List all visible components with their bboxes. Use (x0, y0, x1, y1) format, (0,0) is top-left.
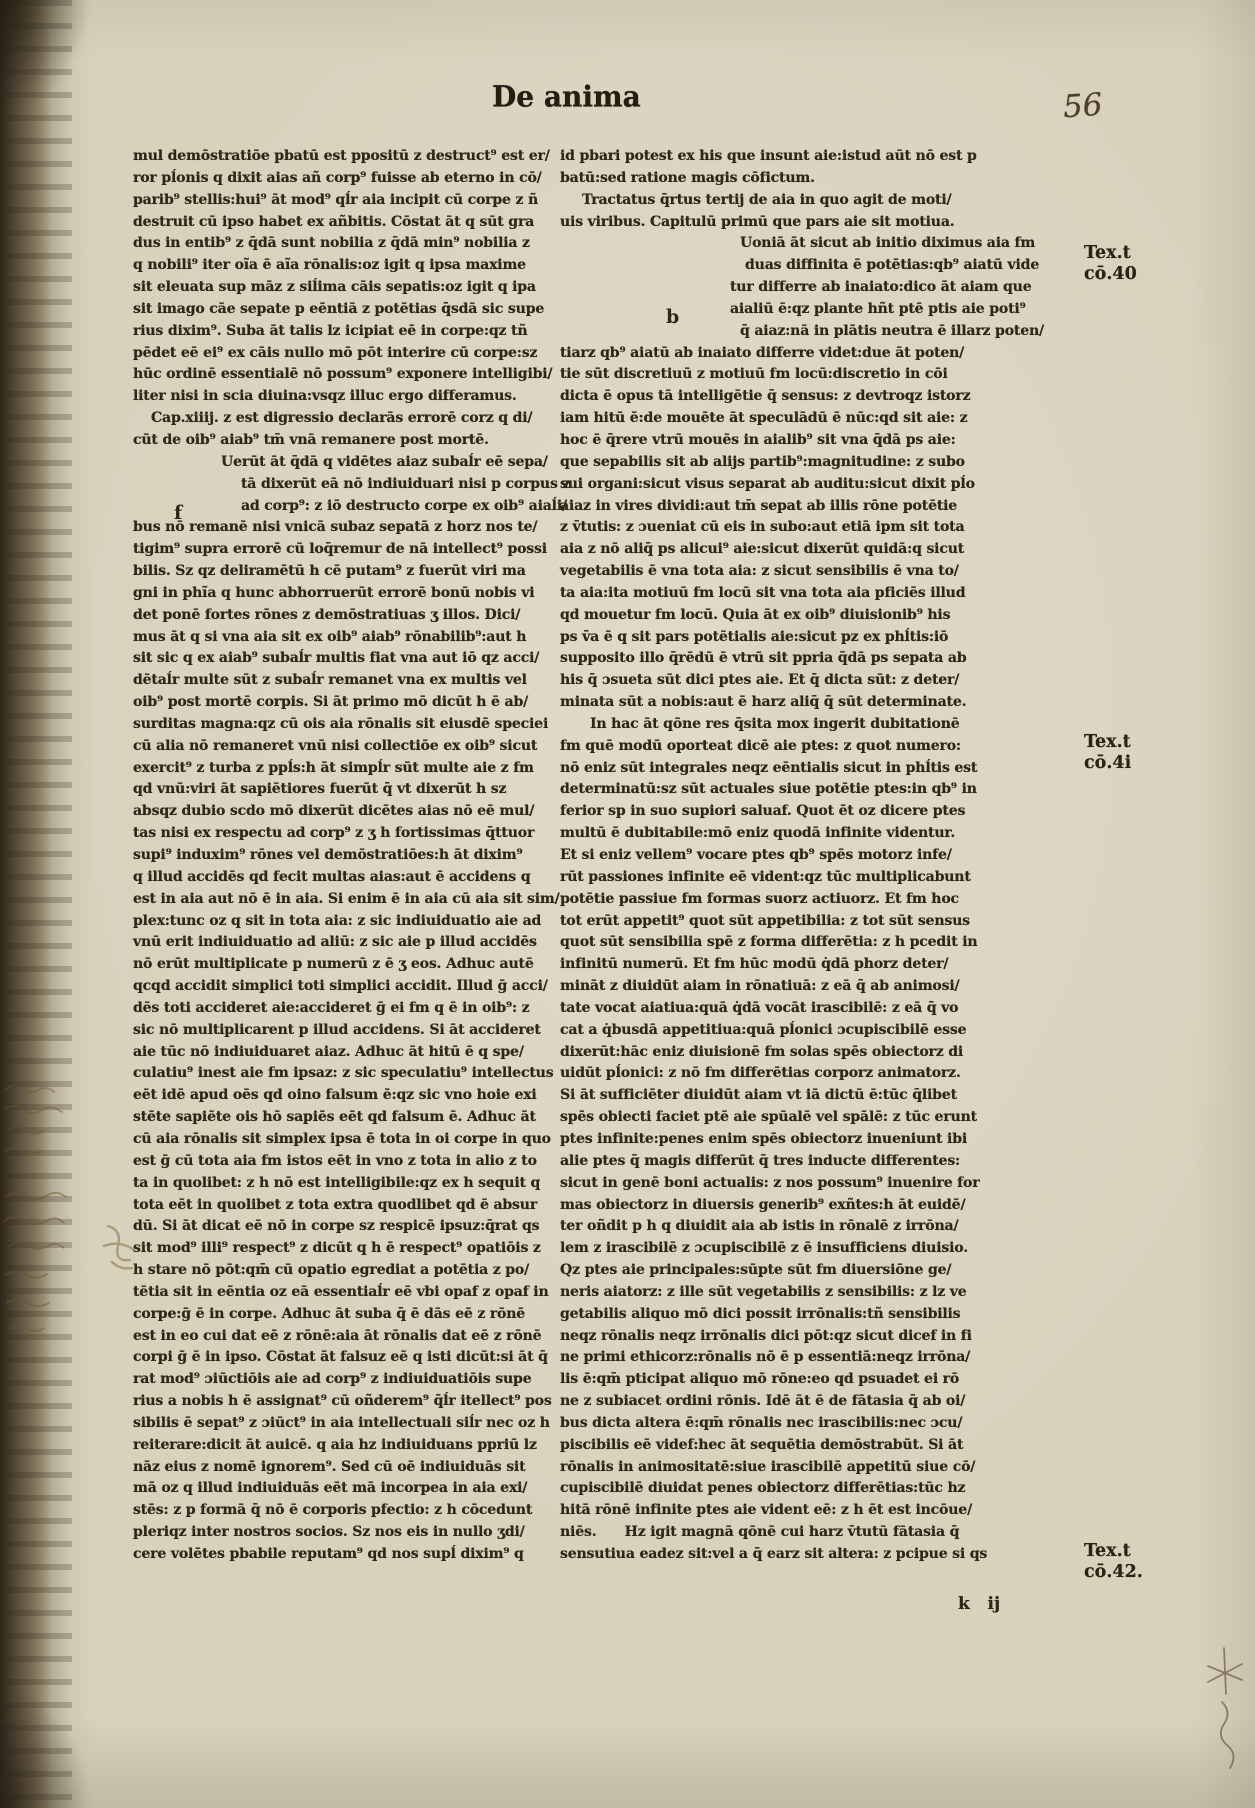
text-line: sit mod⁹ illi⁹ respect⁹ z dicūt q h ē re… (133, 1240, 561, 1262)
text-line: lis ē:qm̄ pticipat aliquo mō rōne:eo qd … (560, 1371, 998, 1393)
text-line: que sepabilis sit ab alijs partib⁹:magni… (560, 454, 998, 476)
text-line: rūt passiones infinite eē vident:qz tūc … (560, 869, 998, 891)
text-line: determinatū:sz sūt actuales siue potētie… (560, 781, 998, 803)
text-line: gni in phĩa q hunc abhorruerūt errorē bo… (133, 585, 561, 607)
text-line: ps v̄a ē q sit pars potētialis aie:sicut… (560, 629, 998, 651)
text-line: est in aia aut nō ē in aia. Si enim ē in… (133, 891, 561, 913)
text-line: dū. Si āt dicat eē nō in corpe sz respic… (133, 1218, 561, 1240)
text-line: culatiu⁹ inest aie fm ipsaz: z sic specu… (133, 1065, 561, 1087)
text-line: reiterare:dicit āt auicē. q aia hz indiu… (133, 1437, 561, 1459)
text-line: pleriqz inter nostros socios. Sz nos eis… (133, 1524, 561, 1546)
margin-note-line: cō.4i (1084, 753, 1204, 774)
text-line: plex:tunc oz q sit in tota aia: z sic in… (133, 913, 561, 935)
text-line: sit imago cāe sepate p eēntiā z potētias… (133, 301, 561, 323)
guide-letter-right: b (666, 306, 679, 328)
text-line: uidūt pĺonici: z nō fm differētias corpo… (560, 1065, 998, 1087)
text-line: tur differre ab inaiato:dico āt aiam que (560, 279, 998, 301)
text-line: Uoniā āt sicut ab initio diximus aia fm (560, 235, 998, 257)
text-line: Tractatus q̄rtus tertij de aia in quo ag… (560, 192, 998, 214)
text-line: supposito illo q̄rēdū ē vtrū sit ppria q… (560, 650, 998, 672)
text-line: ta aia:ita motiuū fm locū sit vna tota a… (560, 585, 998, 607)
text-line: sicut in genē boni actualis: z nos possu… (560, 1175, 998, 1197)
text-line: In hac āt qōne res q̄sita mox ingerit du… (560, 716, 998, 738)
text-line: ptes infinite:penes enim spēs obiectorz … (560, 1131, 998, 1153)
text-line: Uerūt āt q̄dā q vidētes aiaz subaĺr eē s… (133, 454, 561, 476)
text-line: hūc ordinē essentialē nō possum⁹ exponer… (133, 366, 561, 388)
text-line: ferior sp in suo supiori saluaf. Quot ēt… (560, 803, 998, 825)
page-corner-shadow-top (0, 0, 118, 150)
text-line: niēs. Hz igit magnā qōnē cui harz v̄tutū… (560, 1524, 998, 1546)
text-line: getabilis aliquo mō dici possit irrōnali… (560, 1306, 998, 1328)
text-line: absqz dubio scdo mō dixerūt dicētes aias… (133, 803, 561, 825)
text-line: ror pĺonis q dixit aias añ corp⁹ fuisse … (133, 170, 561, 192)
text-line: corpi ḡ ē in ipso. Cōstat āt falsuz eē q… (133, 1349, 561, 1371)
text-line: tētia sit in eēntia oz eā essentiaĺr eē … (133, 1284, 561, 1306)
text-line: det ponē fortes rōnes z demōstratiuas ʒ … (133, 607, 561, 629)
text-line: sui organi:sicut visus separat ab auditu… (560, 476, 998, 498)
text-line: iam hitū ē:de mouēte āt speculādū ē nūc:… (560, 410, 998, 432)
text-line: tota eēt in quolibet z tota extra quodli… (133, 1197, 561, 1219)
margin-note-tex-co-40: Tex.t cō.40 (1084, 243, 1204, 285)
text-line: dus in entib⁹ z q̄dā sunt nobilia z q̄dā… (133, 235, 561, 257)
text-line: mul demōstratiōe pbatū est ppositū z de… (133, 148, 561, 170)
text-line: tigim⁹ supra errorē cū loq̄remur de nā i… (133, 541, 561, 563)
text-line: ad corp⁹: z iō destructo corpe ex oib⁹ a… (133, 498, 561, 520)
text-line: bus nō remanē nisi vnicā subaz sepatā z … (133, 519, 561, 541)
text-line: ter oñdit p h q diuidit aia ab istis in … (560, 1218, 998, 1240)
text-line: Et si eniz vellem⁹ vocare ptes qb⁹ spēs … (560, 847, 998, 869)
text-line: sensutiua eadez sit:vel a q̄ earz sit al… (560, 1546, 998, 1568)
text-line: mas obiectorz in diuersis generib⁹ exñte… (560, 1197, 998, 1219)
text-line: dēs toti accideret aie:accideret ḡ ei fm… (133, 1000, 561, 1022)
text-line: destruit cū ipso habet ex añbitis. Cōsta… (133, 214, 561, 236)
text-line: bus dicta altera ē:qm̄ rōnalis nec irasc… (560, 1415, 998, 1437)
text-line: pēdet eē ei⁹ ex cāis nullo mō pōt interi… (133, 345, 561, 367)
pen-doodle-bottom-right (1196, 1642, 1254, 1782)
text-line: piscibilis eē videf:hec āt sequētia demō… (560, 1437, 998, 1459)
text-line: nō erūt multiplicate p numerū z ē ʒ eos.… (133, 956, 561, 978)
text-line: cū aia rōnalis sit simplex ipsa ē tota i… (133, 1131, 561, 1153)
text-line: fm quē modū oporteat dicē aie ptes: z qu… (560, 738, 998, 760)
text-line: aialiū ē:qz plante hñt ptē ptis aie poti… (560, 301, 998, 323)
text-line: sibilis ē sepat⁹ z ɔiūct⁹ in aia intelle… (133, 1415, 561, 1437)
text-line: dētaĺr multe sūt z subaĺr remanet vna ex… (133, 672, 561, 694)
margin-note-tex-co-42: Tex.t cō.42. (1084, 1541, 1204, 1583)
text-line: parib⁹ stellis:hui⁹ āt mod⁹ qĺr aia inci… (133, 192, 561, 214)
text-line: nāz eius z nomē ignorem⁹. Sed cū oē indi… (133, 1459, 561, 1481)
text-line: bilis. Sz qz deliramētū h cē putam⁹ z fu… (133, 563, 561, 585)
text-line: infinitū numerū. Et fm hūc modū q̇dā pho… (560, 956, 998, 978)
text-line: multū ē dubitabile:mō eniz quodā infinit… (560, 825, 998, 847)
text-column-right: id pbari potest ex his que insunt aie:is… (560, 148, 998, 1568)
guide-letter-left: f (174, 502, 182, 524)
text-line: corpe:ḡ ē in corpe. Adhuc āt suba q̄ ē d… (133, 1306, 561, 1328)
text-line: cupiscibilē diuidat penes obiectorz diff… (560, 1480, 998, 1502)
margin-note-line: Tex.t (1084, 1541, 1204, 1562)
text-line: hoc ē q̄rere vtrū mouēs in aialib⁹ sit v… (560, 432, 998, 454)
text-line: vnū erit indiuiduatio ad aliū: z sic aie… (133, 934, 561, 956)
text-line: stēte sapiēte ois hō sapiēs eēt qd falsu… (133, 1109, 561, 1131)
text-line: surditas magna:qz cū ois aia rōnalis sit… (133, 716, 561, 738)
text-line: tate vocat aiatiua:quā q̇dā vocāt irasci… (560, 1000, 998, 1022)
text-line: rius a nobis h ē assignat⁹ cū oñderem⁹ q… (133, 1393, 561, 1415)
text-line: nō eniz sūt integrales neqz eēntialis si… (560, 760, 998, 782)
text-line: batū:sed ratione magis cōfictum. (560, 170, 998, 192)
text-line: cat a q̇busdā appetitiua:quā pĺonici ɔcu… (560, 1022, 998, 1044)
text-line: est ḡ cū tota aia fm istos eēt in vno z … (133, 1153, 561, 1175)
text-line: dicta ē opus tā intelligētie q̄ sensus: … (560, 388, 998, 410)
text-line: exercit⁹ z turba z ppĺs:h āt simpĺr sūt … (133, 760, 561, 782)
text-line: minata sūt a nobis:aut ē harz aliq̄ q̄ s… (560, 694, 998, 716)
text-line: his q̄ ɔsueta sūt dici ptes aie. Et q̄ d… (560, 672, 998, 694)
text-line: tas nisi ex respectu ad corp⁹ z ʒ h fort… (133, 825, 561, 847)
text-line: aie tūc nō indiuiduaret aiaz. Adhuc āt h… (133, 1044, 561, 1066)
text-line: rat mod⁹ ɔiūctiōis aie ad corp⁹ z indiui… (133, 1371, 561, 1393)
text-line: mināt z diuidūt aiam in rōnatiuā: z eā q… (560, 978, 998, 1000)
text-line: ne z subiacet ordini rōnis. Idē āt ē de … (560, 1393, 998, 1415)
text-line: est in eo cui dat eē z rōnē:aia āt rōnal… (133, 1328, 561, 1350)
text-line: alie ptes q̄ magis differūt q̄ tres indu… (560, 1153, 998, 1175)
text-line: vegetabilis ē vna tota aia: z sicut sens… (560, 563, 998, 585)
text-line: mus āt q si vna aia sit ex oib⁹ aiab⁹ rō… (133, 629, 561, 651)
text-line: eēt idē apud oēs qd oino falsum ē:qz sic… (133, 1087, 561, 1109)
page-corner-shadow-bottom (0, 1660, 110, 1808)
text-line: neqz rōnalis neqz irrōnalis dici pōt:qz … (560, 1328, 998, 1350)
text-line: q̄ aiaz:nā in plātis neutra ē illarz pot… (560, 323, 998, 345)
text-line: qd mouetur fm locū. Quia āt ex oib⁹ diui… (560, 607, 998, 629)
text-line: cūt de oib⁹ aiab⁹ tm̄ vnā remanere post … (133, 432, 561, 454)
text-line: Si āt sufficiēter diuidūt aiam vt iā dic… (560, 1087, 998, 1109)
text-line: cū alia nō remaneret vnū nisi collectiōe… (133, 738, 561, 760)
text-line: stēs: z p formā q̄ nō ē corporis pfectio… (133, 1502, 561, 1524)
text-line: cere volētes pbabile reputam⁹ qd nos sup… (133, 1546, 561, 1568)
quire-signature: k ij (958, 1594, 1000, 1614)
text-line: tiarz qb⁹ aiatū ab inaiato differre vide… (560, 345, 998, 367)
margin-note-line: Tex.t (1084, 243, 1204, 264)
text-line: qd vnū:viri āt sapiētiores fuerūt q̄ vt … (133, 781, 561, 803)
text-line: sic nō multiplicarent p illud accidens. … (133, 1022, 561, 1044)
text-line: potētie passiue fm formas suorz actiuorz… (560, 891, 998, 913)
text-line: q nobili⁹ iter oĩa ē aĩa rōnalis:oz igit… (133, 257, 561, 279)
text-line: duas diffinita ē potētias:qb⁹ aiatū vide (560, 257, 998, 279)
text-line: tie sūt discretiuū z motiuū fm locū:disc… (560, 366, 998, 388)
text-line: neris aiatorz: z ille sūt vegetabilis z … (560, 1284, 998, 1306)
text-line: tā dixerūt eā nō indiuiduari nisi p corp… (133, 476, 561, 498)
text-line: supi⁹ induxim⁹ rōnes vel demōstratiōes:h… (133, 847, 561, 869)
text-line: ne primi ethicorz:rōnalis nō ē p essenti… (560, 1349, 998, 1371)
text-line: lem z irascibilē z ɔcupiscibilē z ē insu… (560, 1240, 998, 1262)
text-line: aia z nō aliq̄ ps alicui⁹ aie:sicut dixe… (560, 541, 998, 563)
text-line: rōnalis in animositatē:siue irascibilē a… (560, 1459, 998, 1481)
text-line: spēs obiecti faciet ptē aie spūalē vel s… (560, 1109, 998, 1131)
text-line: mā oz q illud indiuiduās eēt mā incorpea… (133, 1480, 561, 1502)
text-line: tot erūt appetit⁹ quot sūt appetibilia: … (560, 913, 998, 935)
text-line: id pbari potest ex his que insunt aie:is… (560, 148, 998, 170)
text-line: oib⁹ post mortē corpis. Si āt primo mō d… (133, 694, 561, 716)
margin-note-line: cō.40 (1084, 264, 1204, 285)
text-line: h stare nō pōt:qm̄ cū opatio egrediat a … (133, 1262, 561, 1284)
text-line: z v̄tutis: z ɔueniat cū eis in subo:aut … (560, 519, 998, 541)
text-line: Qz ptes aie principales:sūpte sūt fm diu… (560, 1262, 998, 1284)
folio-number-handwritten: 56 (1062, 87, 1104, 126)
margin-note-line: Tex.t (1084, 732, 1204, 753)
text-line: Cap.xiiij. z est digressio declarās erro… (133, 410, 561, 432)
text-line: aiaz in vires dividi:aut tm̄ sepat ab il… (560, 498, 998, 520)
text-line: uis viribus. Capitulū primū que pars aie… (560, 214, 998, 236)
margin-note-line: cō.42. (1084, 1562, 1204, 1583)
text-line: quot sūt sensibilia spē z forma differēt… (560, 934, 998, 956)
running-head-title: De anima (492, 79, 702, 114)
text-line: sit sic q ex aiab⁹ subaĺr multis fiat vn… (133, 650, 561, 672)
margin-note-tex-co-41: Tex.t cō.4i (1084, 732, 1204, 774)
text-line: hitā rōnē infinite ptes aie vident eē: z… (560, 1502, 998, 1524)
text-line: ta in quolibet: z h nō est intelligibile… (133, 1175, 561, 1197)
scanned-book-page: De anima 56 mul demōstratiōe pbatū est p… (0, 0, 1255, 1808)
text-line: sit eleuata sup māz z siĺima cāis sepati… (133, 279, 561, 301)
text-column-left: mul demōstratiōe pbatū est ppositū z de… (133, 148, 561, 1568)
binding-gutter-edge (0, 0, 72, 1808)
text-line: liter nisi in scia diuina:vsqz illuc erg… (133, 388, 561, 410)
text-line: q illud accidēs qd fecit multas aias:aut… (133, 869, 561, 891)
text-line: dixerūt:hāc eniz diuisionē fm solas spēs… (560, 1044, 998, 1066)
text-line: rius dixim⁹. Suba āt talis lz icipiat eē… (133, 323, 561, 345)
text-line: qcqd accidit simplici toti simplici acci… (133, 978, 561, 1000)
